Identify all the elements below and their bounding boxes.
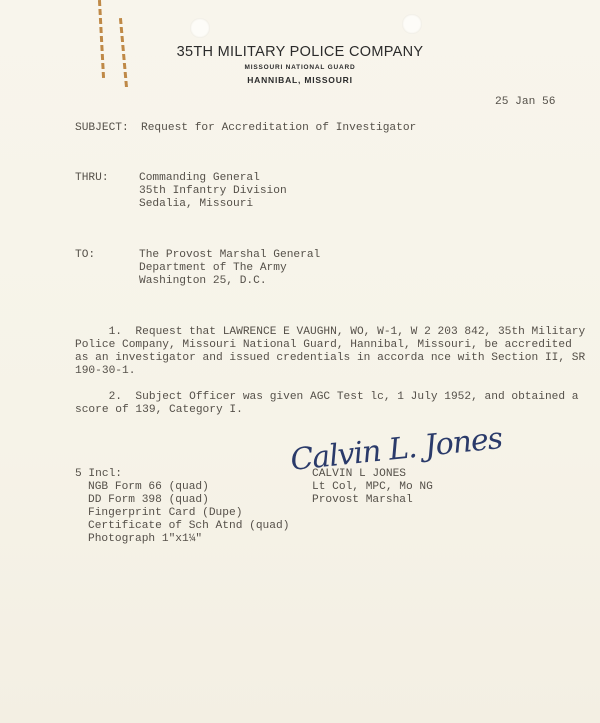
paragraph-line: 2. Subject Officer was given AGC Test lc… [75,391,575,404]
document-page: 35TH MILITARY POLICE COMPANY MISSOURI NA… [0,0,600,723]
thru-label: THRU: [75,172,109,185]
signer-title: Provost Marshal [312,494,413,507]
enclosure-item: DD Form 398 (quad) [88,494,209,507]
enclosures-label: 5 Incl: [75,468,122,481]
staple-stain [119,18,128,88]
signer-name: CALVIN L JONES [312,468,406,481]
staple-stain [98,0,105,78]
to-line: Department of The Army [139,262,287,275]
paragraph-line: score of 139, Category I. [75,404,575,417]
paragraph-line: 190-30-1. [75,365,575,378]
subject-text: Request for Accreditation of Investigato… [141,122,416,135]
letterhead-organization: 35TH MILITARY POLICE COMPANY [150,44,450,60]
to-label: TO: [75,249,95,262]
thru-line: 35th Infantry Division [139,185,287,198]
paragraph-line: as an investigator and issued credential… [75,352,575,365]
letterhead-location: HANNIBAL, MISSOURI [150,75,450,85]
punch-hole [402,14,422,34]
to-line: Washington 25, D.C. [139,275,267,288]
to-line: The Provost Marshal General [139,249,320,262]
paragraph-line: Police Company, Missouri National Guard,… [75,339,575,352]
thru-line: Sedalia, Missouri [139,198,253,211]
enclosure-item: NGB Form 66 (quad) [88,481,209,494]
subject-label: SUBJECT: [75,122,129,135]
enclosure-item: Certificate of Sch Atnd (quad) [88,520,289,533]
letterhead-subunit: MISSOURI NATIONAL GUARD [150,64,450,71]
enclosure-item: Fingerprint Card (Dupe) [88,507,242,520]
document-date: 25 Jan 56 [495,96,555,109]
punch-hole [190,18,210,38]
enclosure-item: Photograph 1"x1¼" [88,533,202,546]
thru-line: Commanding General [139,172,260,185]
paragraph-line: 1. Request that LAWRENCE E VAUGHN, WO, W… [75,326,575,339]
signer-rank: Lt Col, MPC, Mo NG [312,481,433,494]
